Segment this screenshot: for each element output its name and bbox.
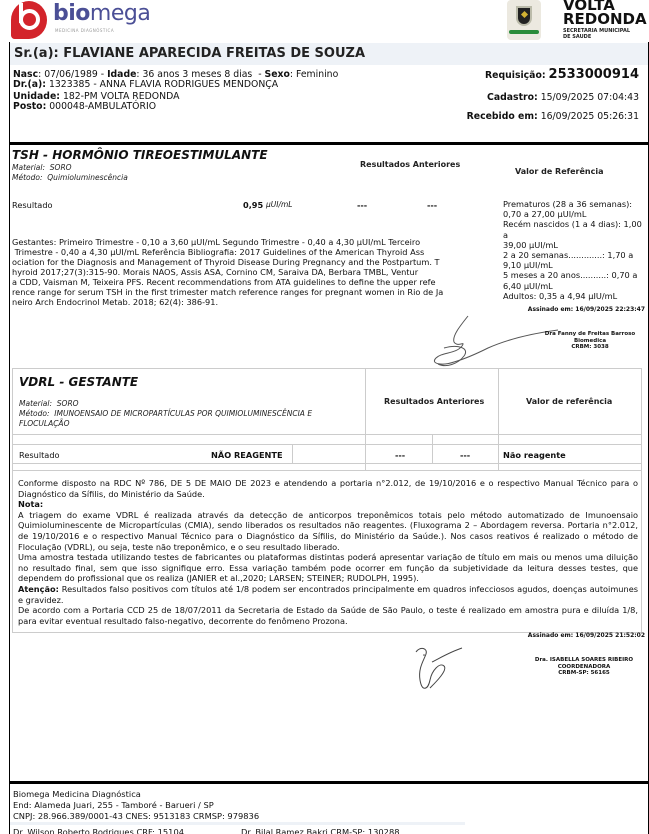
- patient-name-bar: Sr.(a): FLAVIANE APARECIDA FREITAS DE SO…: [10, 43, 648, 65]
- tsh-method: Método: Quimioluminescência: [12, 173, 128, 182]
- tsh-reference-line: Prematuros (28 a 36 semanas):: [503, 199, 648, 209]
- tsh-reference-line: 39,00 µUI/mL: [503, 240, 648, 250]
- tsh-result-value: 0,95: [243, 200, 263, 210]
- tsh-note-line: Gestantes: Primeiro Trimestre - 0,10 a 3…: [12, 237, 497, 247]
- vdrl-signature-icon: [410, 640, 470, 700]
- tsh-reference-line: 5 meses a 20 anos..........: 0,70 a: [503, 270, 648, 280]
- vdrl-note-2: Uma amostra testada utilizando testes de…: [18, 552, 638, 584]
- tsh-note-line: rence range for serum TSH in the first t…: [12, 287, 497, 297]
- tsh-previous-results-header: Resultados Anteriores: [360, 160, 460, 169]
- volta-redonda-title: VOLTAREDONDA: [563, 0, 647, 26]
- vdrl-exam-title: VDRL - GESTANTE: [19, 375, 138, 389]
- section-divider: [9, 142, 649, 145]
- received-date: Recebido em: 16/09/2025 05:26:31: [467, 111, 639, 122]
- vdrl-previous-1: ---: [395, 450, 405, 460]
- volta-redonda-logo: VOLTAREDONDA SECRETARIA MUNICIPALDE SAUD…: [507, 0, 642, 42]
- vdrl-result-label: Resultado: [19, 450, 60, 460]
- footer-address: End: Alameda Juari, 255 - Tamboré - Baru…: [13, 800, 214, 810]
- tsh-reference-line: Recém nascidos (1 a 4 dias): 1,00 a: [503, 219, 648, 239]
- vdrl-note-1: A triagem do exame VDRL é realizada atra…: [18, 510, 638, 552]
- registered-date: Cadastro: 15/09/2025 07:04:43: [487, 92, 639, 103]
- tsh-reference-values: Prematuros (28 a 36 semanas):0,70 a 27,0…: [503, 199, 648, 301]
- tsh-reference-line: 0,70 a 27,00 µUI/mL: [503, 209, 648, 219]
- footer-company: Biomega Medicina Diagnóstica: [13, 789, 141, 799]
- tsh-result-unit: µUI/mL: [266, 200, 292, 209]
- biomega-wordmark: biomega: [53, 1, 150, 26]
- vdrl-reference-value: Não reagente: [503, 450, 566, 460]
- biomega-tagline: MEDICINA DIAGNÓSTICA: [55, 28, 114, 33]
- vdrl-material: Material: SORO: [19, 399, 79, 408]
- tsh-reference-line: Adultos: 0,35 a 4,94 µIU/mL: [503, 291, 648, 301]
- tsh-exam-title: TSH - HORMÔNIO TIREOESTIMULANTE: [12, 148, 268, 162]
- tsh-note-line: ociation for the Diagnosis and Managemen…: [12, 257, 497, 267]
- tsh-note-line: neiro Arch Endocrinol Metab. 2018; 62(4)…: [12, 297, 497, 307]
- requesting-doctor: Dr.(a): 1323385 - ANNA FLAVIA RODRIGUES …: [13, 79, 278, 90]
- vdrl-signer: Dra. ISABELLA SOARES RIBEIROCOORDENADORA…: [522, 657, 646, 677]
- tsh-note-line: Trimestre - 0,40 a 4,30 µUI/mL Referênci…: [12, 247, 497, 257]
- tsh-reference-header: Valor de Referência: [515, 167, 604, 176]
- footer-registry: CNPJ: 28.966.389/0001-43 CNES: 9513183 C…: [13, 811, 259, 821]
- vdrl-previous-results-header: Resultados Anteriores: [384, 397, 484, 406]
- vdrl-note-label: Nota:: [18, 499, 43, 509]
- secretaria-subtitle: SECRETARIA MUNICIPALDE SAUDE: [563, 28, 630, 40]
- biomega-b-icon: [11, 1, 47, 39]
- vdrl-attention: Atenção: Resultados falso positivos com …: [18, 584, 638, 605]
- tsh-reference-line: 9,10 µUI/mL: [503, 260, 648, 270]
- vdrl-result-value: NÃO REAGENTE: [211, 450, 283, 460]
- tsh-signer: Dra Fanny de Freitas BarrosoBiomedicaCRB…: [530, 331, 649, 351]
- vdrl-method: Método: IMUNOENSAIO DE MICROPARTÍCULAS P…: [19, 409, 312, 418]
- footer-separator: [10, 822, 465, 825]
- report-header: biomega MEDICINA DIAGNÓSTICA VOLTAREDOND…: [0, 0, 649, 42]
- footer-responsible-1: Dr. Wilson Roberto Rodrigues CRF: 15104: [13, 827, 184, 834]
- vdrl-note-3: De acordo com a Portaria CCD 25 de 18/07…: [18, 605, 638, 626]
- tsh-reference-line: 2 a 20 semanas.............: 1,70 a: [503, 250, 648, 260]
- request-number: Requisição: 2533000914: [485, 67, 639, 82]
- biomega-logo: biomega MEDICINA DIAGNÓSTICA: [11, 1, 151, 39]
- vdrl-intro: Conforme disposto na RDC Nº 786, DE 5 DE…: [18, 478, 638, 499]
- footer-divider: [9, 781, 649, 784]
- footer-responsible-2: Dr. Bilal Ramez Bakri CRM-SP: 130288: [241, 827, 400, 834]
- vdrl-signed-at: Assinado em: 16/09/2025 21:52:02: [528, 632, 645, 639]
- vdrl-notes: Conforme disposto na RDC Nº 786, DE 5 DE…: [18, 478, 638, 626]
- post: Posto: 000048-AMBULATÓRIO: [13, 101, 156, 112]
- patient-name: Sr.(a): FLAVIANE APARECIDA FREITAS DE SO…: [14, 46, 365, 61]
- vdrl-method-cont: FLOCULAÇÃO: [19, 419, 69, 428]
- tsh-reference-line: 6,40 µUI/mL: [503, 281, 648, 291]
- tsh-material: Material: SORO: [12, 163, 72, 172]
- tsh-previous-2: ---: [427, 200, 437, 210]
- vdrl-reference-header: Valor de referência: [526, 397, 612, 406]
- tsh-note-line: hyroid 2017;27(3):315-90. Morais NAOS, A…: [12, 267, 497, 277]
- tsh-pregnancy-note: Gestantes: Primeiro Trimestre - 0,10 a 3…: [12, 237, 497, 307]
- tsh-previous-1: ---: [357, 200, 367, 210]
- tsh-note-line: a CDD, Vaisman M, Teixeira PFS. Recent r…: [12, 277, 497, 287]
- tsh-result-label: Resultado: [12, 200, 53, 210]
- vdrl-previous-2: ---: [460, 450, 470, 460]
- city-crest-icon: [507, 0, 541, 40]
